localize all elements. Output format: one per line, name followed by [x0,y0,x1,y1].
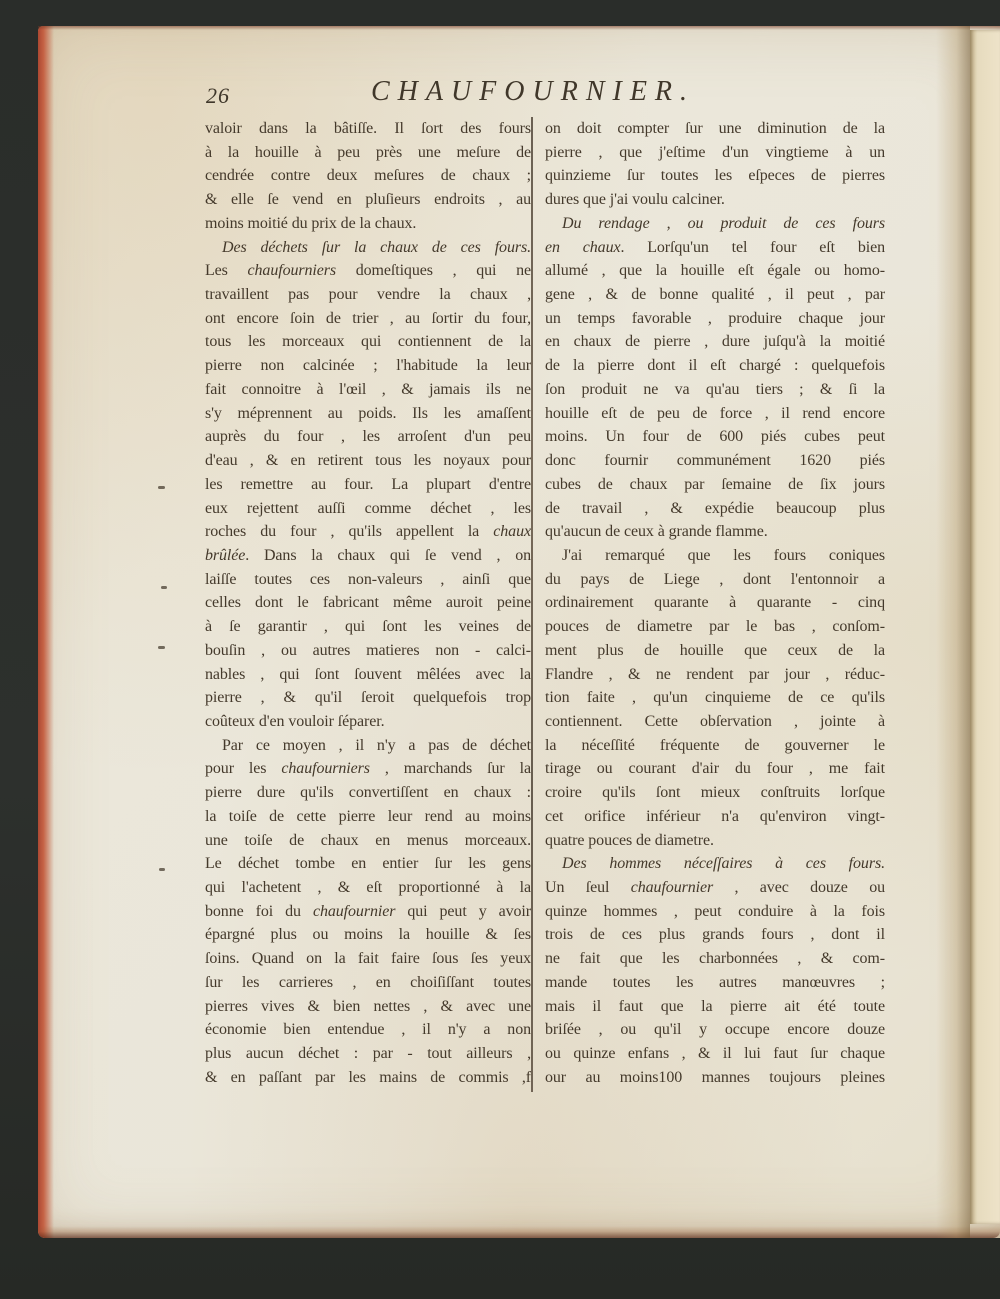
text-line: s'y méprennent au poids. Ils les amaſſen… [205,402,531,426]
text-line: les remettre au four. La plupart d'entre [205,473,531,497]
text-line: Un ſeul chaufournier , avec douze ou [545,876,885,900]
text-line: ſur les carrieres , en choiſiſſant toute… [205,971,531,995]
text-line: ordinairement quarante à quarante - cinq [545,591,885,615]
page-bottom-edge [38,1226,1000,1238]
text-line: ou quinze enfans , & il lui faut ſur cha… [545,1042,885,1066]
ink-speck [158,486,165,489]
page-red-fore-edge [38,26,54,1238]
text-line: en chaux de pierre , dure juſqu'à la moi… [545,330,885,354]
text-line: cubes de chaux par ſemaine de ſix jours [545,473,885,497]
text-line: économie bien entendue , il n'y a non [205,1018,531,1042]
text-line: eux rejettent auſſi comme déchet , les [205,497,531,521]
text-line: pierre , & qu'il ſeroit quelquefois trop [205,686,531,710]
text-line: mande toutes les autres manœuvres ; [545,971,885,995]
page-gutter-shadow [936,26,970,1238]
text-line: un temps favorable , produire chaque jou… [545,307,885,331]
text-line: d'eau , & en retirent tous les noyaux po… [205,449,531,473]
text-line: de travail , & expédie beaucoup plus [545,497,885,521]
scanned-book-photo: 26 CHAUFOURNIER. valoir dans la bâtiſſe.… [0,0,1000,1299]
text-line: houille eſt de peu de force , il rend en… [545,402,885,426]
text-line: ment plus de houille que ceux de la [545,639,885,663]
text-line: la néceſſité fréquente de gouverner le [545,734,885,758]
text-line: tous les morceaux qui contiennent de la [205,330,531,354]
text-line: brûlée. Dans la chaux qui ſe vend , on [205,544,531,568]
adjacent-page-sliver [970,30,1000,1224]
text-line: pour les chaufourniers , marchands ſur l… [205,757,531,781]
text-line: qu'aucun de ceux à grande flamme. [545,520,885,544]
text-line: roches du four , qu'ils appellent la cha… [205,520,531,544]
text-line: en chaux. Lorſqu'un tel four eſt bien [545,236,885,260]
text-line: tion faite , qu'un cinquieme de ce qu'il… [545,686,885,710]
text-line: contiennent. Cette obſervation , jointe … [545,710,885,734]
text-line: on doit compter ſur une diminution de la [545,117,885,141]
text-line: qui l'achetent , & eſt proportionné à la [205,876,531,900]
text-line: quatre pouces de diametre. [545,829,885,853]
text-line: & elle ſe vend en pluſieurs endroits , a… [205,188,531,212]
text-line: mais il faut que la pierre ait été toute [545,995,885,1019]
text-line: dures que j'ai voulu calciner. [545,188,885,212]
text-line: pierre , que j'eſtime d'un vingtieme à u… [545,141,885,165]
text-line: quinze hommes , peut conduire à la fois [545,900,885,924]
text-line: donc fournir communément 1620 piés [545,449,885,473]
text-line: Des hommes néceſſaires à ces fours. [545,852,885,876]
text-line: tirage ou courant d'air du four , me fai… [545,757,885,781]
ink-speck [158,646,165,649]
text-line: ſon produit ne va qu'au tiers ; & ſi la [545,378,885,402]
text-line: bonne foi du chaufournier qui peut y avo… [205,900,531,924]
text-line: fait connoitre à l'œil , & jamais ils ne [205,378,531,402]
text-line: pierre non calcinée ; l'habitude la leur [205,354,531,378]
text-line: celles dont le fabricant même auroit pei… [205,591,531,615]
column-divider-rule [531,117,533,1092]
text-line: une toiſe de chaux en menus morceaux. [205,829,531,853]
text-column-right: on doit compter ſur une diminution de la… [545,117,885,1089]
text-line: Du rendage , ou produit de ces fours [545,212,885,236]
text-line: Les chaufourniers domeſtiques , qui ne [205,259,531,283]
text-line: pierres vives & bien nettes , & avec une [205,995,531,1019]
text-line: quinzieme ſur toutes les eſpeces de pier… [545,164,885,188]
text-line: Par ce moyen , il n'y a pas de déchet [205,734,531,758]
book-page: 26 CHAUFOURNIER. valoir dans la bâtiſſe.… [38,26,1000,1238]
text-line: coûteux d'en vouloir ſéparer. [205,710,531,734]
text-line: auprès du four , les arroſent d'un peu [205,425,531,449]
text-line: plus aucun déchet : par - tout ailleurs … [205,1042,531,1066]
text-line: bouſin , ou autres matieres non - calci- [205,639,531,663]
text-line: de la pierre dont il eſt chargé : quelqu… [545,354,885,378]
text-line: cendrée contre deux meſures de chaux ; [205,164,531,188]
ink-speck [159,868,165,871]
page-title: CHAUFOURNIER. [178,76,888,108]
text-line: laiſſe toutes ces non-valeurs , ainſi qu… [205,568,531,592]
text-line: du pays de Liege , dont l'entonnoir a [545,568,885,592]
text-line: pierre dure qu'ils convertiſſent en chau… [205,781,531,805]
text-line: gene , & de bonne qualité , il peut , pa… [545,283,885,307]
text-line: croire qu'ils ſont mieux conſtruits lorſ… [545,781,885,805]
text-line: briſée , ou qu'il y occupe encore douze [545,1018,885,1042]
text-line: nables , qui ſont ſouvent mêlées avec la [205,663,531,687]
text-line: ont encore ſoin de trier , au ſortir du … [205,307,531,331]
text-line: cet orifice inférieur n'a qu'environ vin… [545,805,885,829]
text-line: & en paſſant par les mains de commis ,f [205,1066,531,1090]
text-line: travaillent pas pour vendre la chaux , [205,283,531,307]
text-line: à ſe garantir , qui ſont les veines de [205,615,531,639]
text-line: pouces de diametre par le bas , conſom- [545,615,885,639]
text-line: Des déchets ſur la chaux de ces fours. [205,236,531,260]
page-top-edge [38,26,1000,30]
text-line: trois de ces plus grands fours , dont il [545,923,885,947]
text-column-left: valoir dans la bâtiſſe. Il ſort des four… [205,117,531,1089]
text-line: épargné plus ou moins la houille & ſes [205,923,531,947]
text-line: ſoins. Quand on la fait faire ſous ſes y… [205,947,531,971]
text-line: allumé , que la houille eſt égale ou hom… [545,259,885,283]
text-line: ne fait que les charbonnées , & com- [545,947,885,971]
text-line: moins. Un four de 600 piés cubes peut [545,425,885,449]
text-line: our au moins100 mannes toujours pleines [545,1066,885,1090]
text-line: Flandre , & ne rendent par jour , réduc- [545,663,885,687]
text-line: la toiſe de cette pierre leur rend au mo… [205,805,531,829]
text-line: moins moitié du prix de la chaux. [205,212,531,236]
text-line: J'ai remarqué que les fours coniques [545,544,885,568]
text-line: Le déchet tombe en entier ſur les gens [205,852,531,876]
text-line: à la houille à peu près une meſure de [205,141,531,165]
ink-speck [161,586,167,589]
text-line: valoir dans la bâtiſſe. Il ſort des four… [205,117,531,141]
